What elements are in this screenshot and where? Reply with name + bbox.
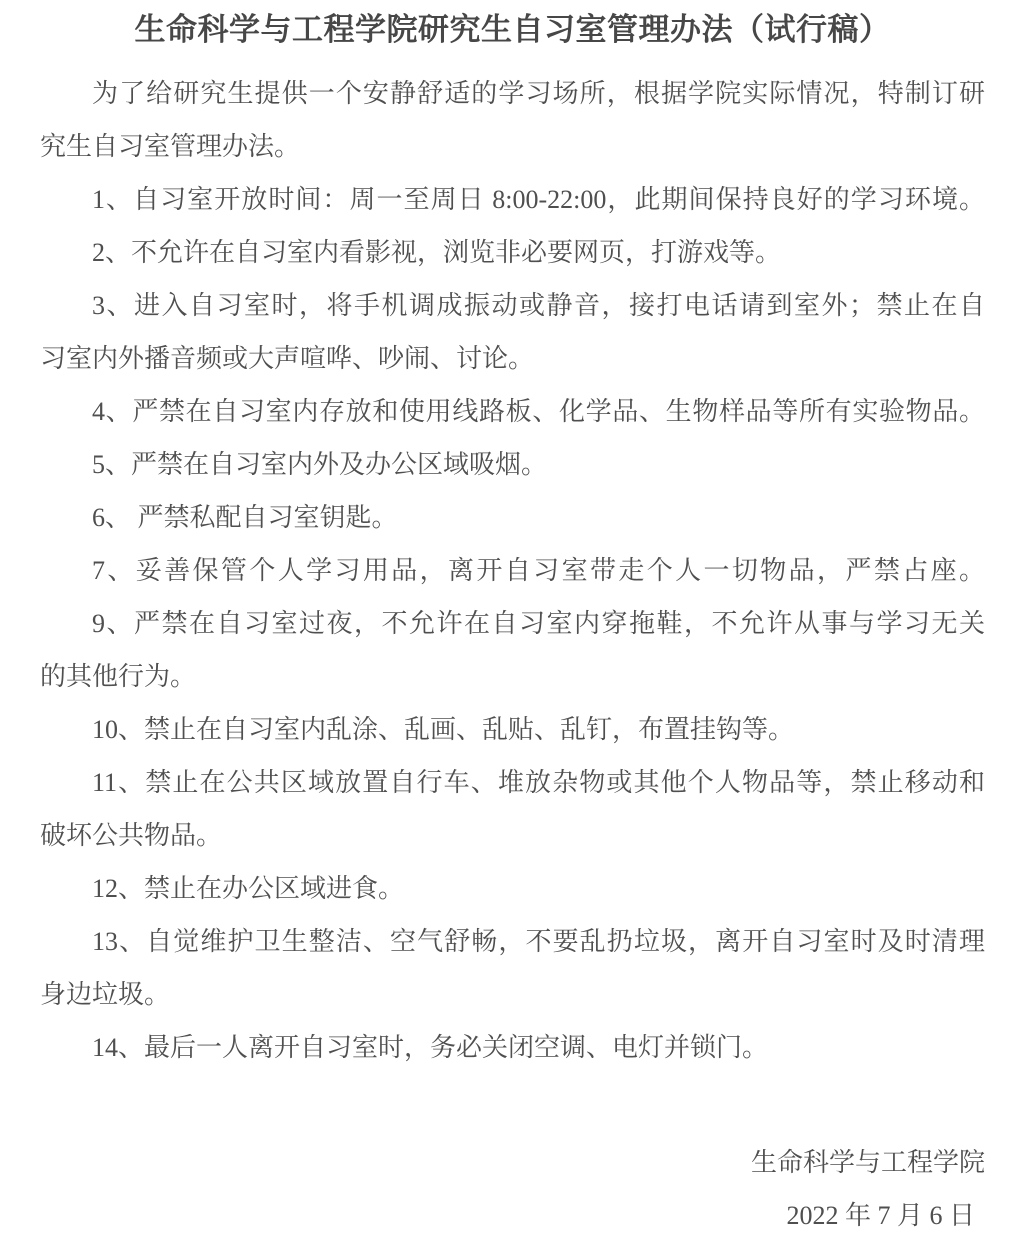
- intro-paragraph: 为了给研究生提供一个安静舒适的学习场所，根据学院实际情况，特制订研 究生自习室管…: [40, 67, 985, 173]
- text-line: 12、禁止在办公区域进食。: [40, 862, 985, 915]
- rule-item-1: 1、自习室开放时间：周一至周日 8:00-22:00，此期间保持良好的学习环境。: [40, 173, 985, 226]
- text-line: 11、禁止在公共区域放置自行车、堆放杂物或其他个人物品等，禁止移动和: [40, 756, 985, 809]
- rule-item-14: 14、最后一人离开自习室时，务必关闭空调、电灯并锁门。: [40, 1021, 985, 1074]
- text-line: 14、最后一人离开自习室时，务必关闭空调、电灯并锁门。: [40, 1021, 985, 1074]
- text-line: 6、 严禁私配自习室钥匙。: [40, 491, 985, 544]
- rule-item-4: 4、严禁在自习室内存放和使用线路板、化学品、生物样品等所有实验物品。: [40, 385, 985, 438]
- text-line: 为了给研究生提供一个安静舒适的学习场所，根据学院实际情况，特制订研: [40, 67, 985, 120]
- document-title: 生命科学与工程学院研究生自习室管理办法（试行稿）: [40, 10, 985, 50]
- rule-item-12: 12、禁止在办公区域进食。: [40, 862, 985, 915]
- rule-item-6: 6、 严禁私配自习室钥匙。: [40, 491, 985, 544]
- text-line: 究生自习室管理办法。: [40, 120, 985, 173]
- text-line: 破坏公共物品。: [40, 809, 985, 862]
- text-line: 7、妥善保管个人学习用品，离开自习室带走个人一切物品，严禁占座。: [40, 544, 985, 597]
- date: 2022 年 7 月 6 日: [40, 1189, 985, 1242]
- rule-item-5: 5、严禁在自习室内外及办公区域吸烟。: [40, 438, 985, 491]
- text-line: 10、禁止在自习室内乱涂、乱画、乱贴、乱钉，布置挂钩等。: [40, 703, 985, 756]
- rule-item-13: 13、自觉维护卫生整洁、空气舒畅，不要乱扔垃圾，离开自习室时及时清理 身边垃圾。: [40, 915, 985, 1021]
- text-line: 习室内外播音频或大声喧哗、吵闹、讨论。: [40, 332, 985, 385]
- document-page: 生命科学与工程学院研究生自习室管理办法（试行稿） 为了给研究生提供一个安静舒适的…: [0, 0, 1024, 1244]
- text-line: 4、严禁在自习室内存放和使用线路板、化学品、生物样品等所有实验物品。: [40, 385, 985, 438]
- text-line: 13、自觉维护卫生整洁、空气舒畅，不要乱扔垃圾，离开自习室时及时清理: [40, 915, 985, 968]
- rule-item-11: 11、禁止在公共区域放置自行车、堆放杂物或其他个人物品等，禁止移动和 破坏公共物…: [40, 756, 985, 862]
- text-line: 1、自习室开放时间：周一至周日 8:00-22:00，此期间保持良好的学习环境。: [40, 173, 985, 226]
- rule-item-10: 10、禁止在自习室内乱涂、乱画、乱贴、乱钉，布置挂钩等。: [40, 703, 985, 756]
- rule-item-9: 9、严禁在自习室过夜，不允许在自习室内穿拖鞋，不允许从事与学习无关 的其他行为。: [40, 597, 985, 703]
- rule-item-2: 2、不允许在自习室内看影视，浏览非必要网页，打游戏等。: [40, 226, 985, 279]
- text-line: 2、不允许在自习室内看影视，浏览非必要网页，打游戏等。: [40, 226, 985, 279]
- text-line: 3、进入自习室时，将手机调成振动或静音，接打电话请到室外；禁止在自: [40, 279, 985, 332]
- signature: 生命科学与工程学院: [40, 1136, 985, 1189]
- text-line: 身边垃圾。: [40, 968, 985, 1021]
- text-line: 5、严禁在自习室内外及办公区域吸烟。: [40, 438, 985, 491]
- text-line: 9、严禁在自习室过夜，不允许在自习室内穿拖鞋，不允许从事与学习无关: [40, 597, 985, 650]
- rule-item-3: 3、进入自习室时，将手机调成振动或静音，接打电话请到室外；禁止在自 习室内外播音…: [40, 279, 985, 385]
- text-line: 的其他行为。: [40, 650, 985, 703]
- rule-item-7: 7、妥善保管个人学习用品，离开自习室带走个人一切物品，严禁占座。: [40, 544, 985, 597]
